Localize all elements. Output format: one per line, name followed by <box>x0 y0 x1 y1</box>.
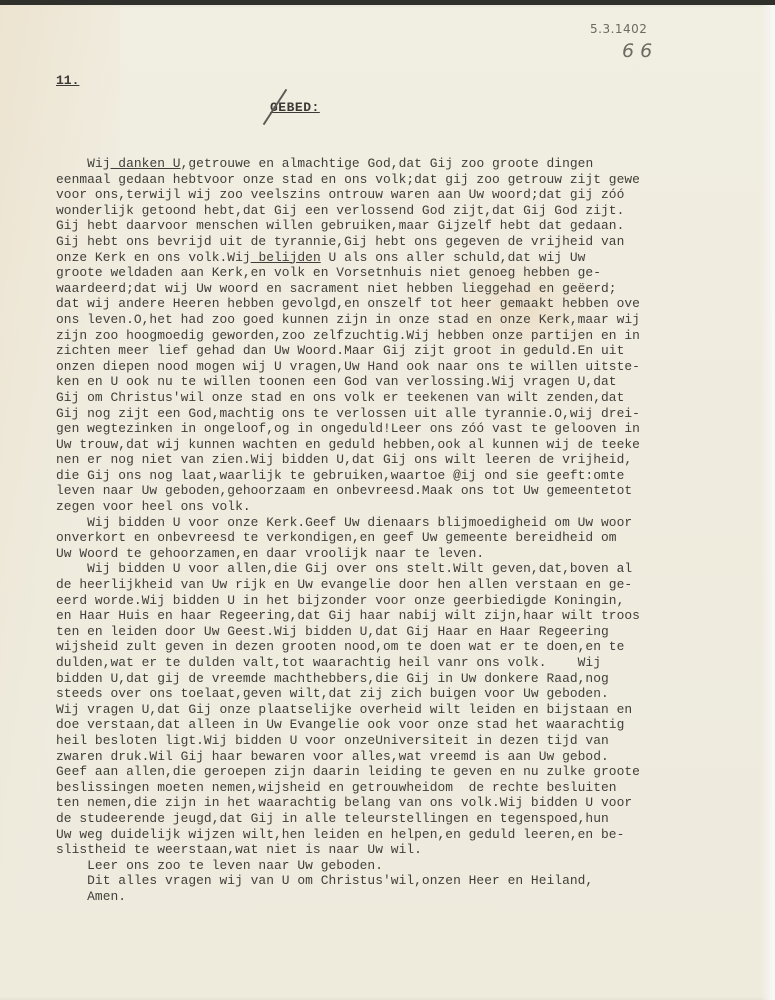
text-line: onverkort en onbevreesd te verkondigen,e… <box>56 530 775 546</box>
page-number: 11. <box>56 73 79 88</box>
text-line: zijn zoo hoogmoedig geworden,zoo zelfzuc… <box>56 328 775 344</box>
text-line: ken en U ook nu te willen toonen een God… <box>56 374 775 390</box>
text-line: Dit alles vragen wij van U om Christus'w… <box>56 873 775 889</box>
text-line: Gij hebt ons bevrijd uit de tyrannie,Gij… <box>56 234 775 250</box>
text-line: gen wegtezinken in ongeloof,og in ongedu… <box>56 421 775 437</box>
text-line: bidden U,dat gij de vreemde machthebbers… <box>56 671 775 687</box>
text-line: Wij bidden U voor allen,die Gij over ons… <box>56 561 775 577</box>
text-line: Gij nog zijt een God,machtig ons te verl… <box>56 406 775 422</box>
text-line: zwaren druk.Wil Gij haar bewaren voor al… <box>56 749 775 765</box>
text-line: Uw weg duidelijk wijzen wilt,hen leiden … <box>56 827 775 843</box>
text-line: dulden,wat er te dulden valt,tot waarach… <box>56 655 775 671</box>
underlined-phrase: belijden <box>251 250 321 265</box>
archive-reference-note: 5.3.1402 <box>590 22 647 36</box>
text-line: doe verstaan,dat alleen in Uw Evangelie … <box>56 717 775 733</box>
text-line: slistheid te weerstaan,wat niet is naar … <box>56 842 775 858</box>
text-line: ten en leiden door Uw Geest.Wij bidden U… <box>56 624 775 640</box>
text-line: steeds over ons toelaat,geven wilt,dat z… <box>56 686 775 702</box>
text-line: onze Kerk en ons volk.Wij belijden U als… <box>56 250 775 266</box>
text-line: leven naar Uw geboden,gehoorzaam en onbe… <box>56 483 775 499</box>
text-line: heil besloten ligt.Wij bidden U voor onz… <box>56 733 775 749</box>
text-line: eenmaal gedaan hebtvoor onze stad en ons… <box>56 172 775 188</box>
text-line: nen er nog niet van zien.Wij bidden U,da… <box>56 452 775 468</box>
text-line: Wij vragen U,dat Gij onze plaatselijke o… <box>56 702 775 718</box>
text-line: ten nemen,die zijn in het waarachtig bel… <box>56 795 775 811</box>
text-line: Amen. <box>56 889 775 905</box>
prayer-body-text: Wij danken U,getrouwe en almachtige God,… <box>56 156 775 905</box>
folio-number-note: 66 <box>622 40 658 62</box>
text-line: wonderlijk getoond hebt,dat Gij een verl… <box>56 203 775 219</box>
text-line: ons leven.O,het had zoo goed kunnen zijn… <box>56 312 775 328</box>
text-line: Gij hebt daarvoor menschen willen gebrui… <box>56 218 775 234</box>
text-line: die Gij ons nog laat,waarlijk te gebruik… <box>56 468 775 484</box>
text-line: Wij bidden U voor onze Kerk.Geef Uw dien… <box>56 515 775 531</box>
text-line: Wij danken U,getrouwe en almachtige God,… <box>56 156 775 172</box>
text-line: Leer ons zoo te leven naar Uw geboden. <box>56 858 775 874</box>
text-line: groote weldaden aan Kerk,en volk en Vors… <box>56 265 775 281</box>
text-line: waardeerd;dat wij Uw woord en sacrament … <box>56 281 775 297</box>
text-line: beslissingen moeten nemen,wijsheid en ge… <box>56 780 775 796</box>
text-line: Gij om Christus'wil onze stad en ons vol… <box>56 390 775 406</box>
text-line: zegen voor heel ons volk. <box>56 499 775 515</box>
text-line: wijsheid zult geven in dezen grooten noo… <box>56 639 775 655</box>
text-line: en Haar Huis en haar Regeering,dat Gij h… <box>56 608 775 624</box>
text-line: Uw trouw,dat wij kunnen wachten en gedul… <box>56 437 775 453</box>
underlined-phrase: danken U <box>111 156 181 171</box>
text-line: de studeerende jeugd,dat Gij in alle tel… <box>56 811 775 827</box>
text-line: onzen diepen nood mogen wij U vragen,Uw … <box>56 359 775 375</box>
text-line: Uw Woord te gehoorzamen,en daar vroolijk… <box>56 546 775 562</box>
text-line: Geef aan allen,die geroepen zijn daarin … <box>56 764 775 780</box>
text-line: de heerlijkheid van Uw rijk en Uw evange… <box>56 577 775 593</box>
text-line: zichten meer lief gehad dan Uw Woord.Maa… <box>56 343 775 359</box>
text-line: eerd worde.Wij bidden U in het bijzonder… <box>56 593 775 609</box>
text-line: dat wij andere Heeren hebben gevolgd,en … <box>56 296 775 312</box>
text-line: voor ons,terwijl wij zoo veelszins ontro… <box>56 187 775 203</box>
